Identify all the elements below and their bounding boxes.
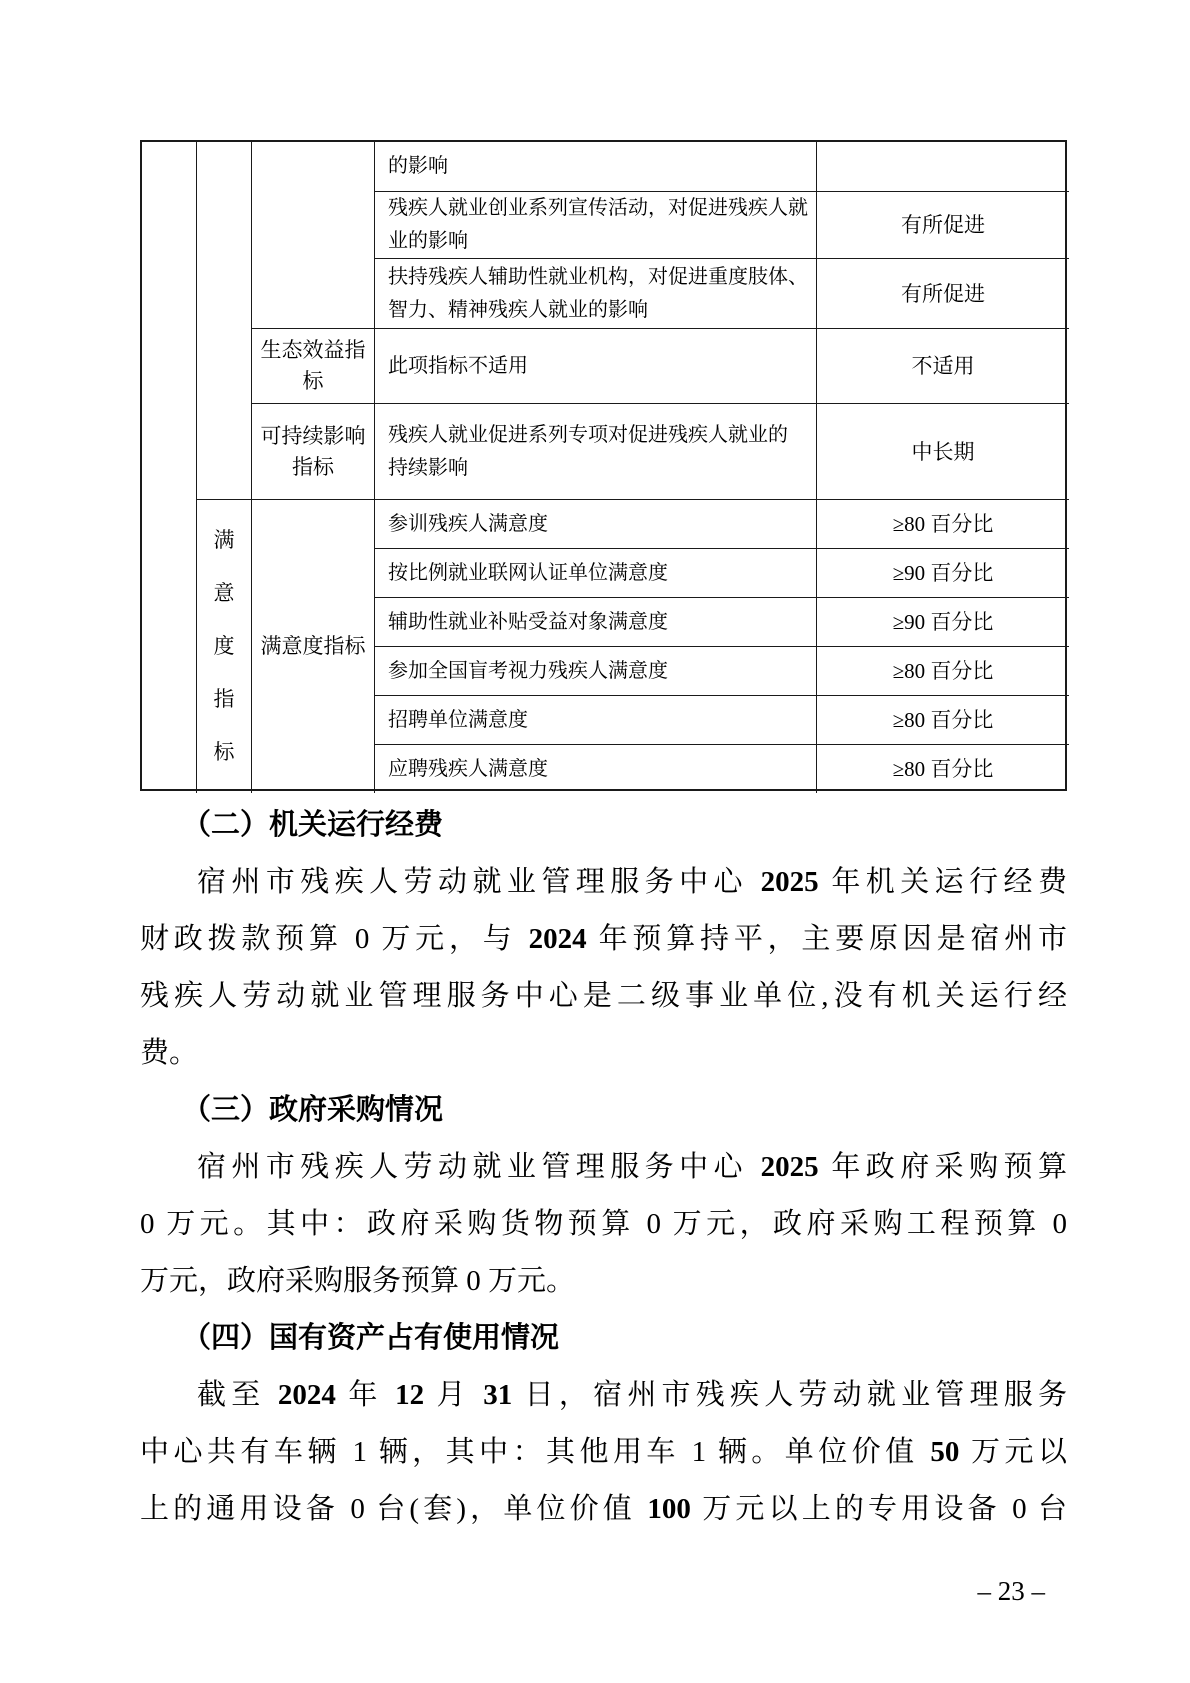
indicator-cell-3: 扶持残疾人辅助性就业机构，对促进重度肢体、 智力、精神残疾人就业的影响	[375, 259, 817, 329]
value-cell-4: 不适用	[817, 329, 1069, 404]
value-cell-2: 有所促进	[817, 192, 1069, 259]
text-line: 上的通用设备 0 台(套)，单位价值 100 万元以上的专用设备 0 台	[140, 1481, 1067, 1538]
text-line: 万元，政府采购服务预算 0 万元。	[140, 1253, 1067, 1310]
indicator-cell-8: 辅助性就业补贴受益对象满意度	[375, 598, 817, 647]
indicator-cell-2: 残疾人就业创业系列宣传活动，对促进残疾人就 业的影响	[375, 192, 817, 259]
value-cell-6: ≥80 百分比	[817, 500, 1069, 549]
text-line: 宿州市残疾人劳动就业管理服务中心 2025 年政府采购预算	[140, 1139, 1067, 1196]
indicator-cell-5: 残疾人就业促进系列专项对促进残疾人就业的 持续影响	[375, 404, 817, 500]
indicator-cell-4: 此项指标不适用	[375, 329, 817, 404]
indicator-cell-10: 招聘单位满意度	[375, 696, 817, 745]
text-line: 截至 2024 年 12 月 31 日，宿州市残疾人劳动就业管理服务	[140, 1367, 1067, 1424]
body-text: （二）机关运行经费宿州市残疾人劳动就业管理服务中心 2025 年机关运行经费财政…	[140, 797, 1067, 1538]
text-line: 残疾人劳动就业管理服务中心是二级事业单位,没有机关运行经	[140, 968, 1067, 1025]
indicator-cell-6: 参训残疾人满意度	[375, 500, 817, 549]
value-cell-7: ≥90 百分比	[817, 549, 1069, 598]
text-line: 财政拨款预算 0 万元，与 2024 年预算持平，主要原因是宿州市	[140, 911, 1067, 968]
text-line: 中心共有车辆 1 辆，其中：其他用车 1 辆。单位价值 50 万元以	[140, 1424, 1067, 1481]
value-cell-11: ≥80 百分比	[817, 745, 1069, 793]
performance-indicator-table: 满意度指标生态效益指 标可持续影响 指标满意度指标的影响残疾人就业创业系列宣传活…	[140, 140, 1067, 791]
sustainable-impact-label: 可持续影响 指标	[252, 404, 375, 500]
value-cell-9: ≥80 百分比	[817, 647, 1069, 696]
value-cell-10: ≥80 百分比	[817, 696, 1069, 745]
eco-benefit-label: 生态效益指 标	[252, 329, 375, 404]
indicator-cell-9: 参加全国盲考视力残疾人满意度	[375, 647, 817, 696]
satisfaction-label: 满意度指标	[252, 500, 375, 793]
value-cell-3: 有所促进	[817, 259, 1069, 329]
document-page: 满意度指标生态效益指 标可持续影响 指标满意度指标的影响残疾人就业创业系列宣传活…	[0, 0, 1190, 1683]
text-line: 0 万元。其中：政府采购货物预算 0 万元，政府采购工程预算 0	[140, 1196, 1067, 1253]
text-line: 费。	[140, 1025, 1067, 1082]
section-heading-2: （二）机关运行经费	[140, 797, 1067, 854]
indicator-cell-7: 按比例就业联网认证单位满意度	[375, 549, 817, 598]
level1-group-empty-cell	[142, 142, 197, 793]
value-cell-8: ≥90 百分比	[817, 598, 1069, 647]
section-heading-4: （四）国有资产占有使用情况	[140, 1310, 1067, 1367]
value-cell-1	[817, 142, 1069, 192]
social-benefit-empty-cell	[252, 142, 375, 329]
benefit-group-empty-cell	[197, 142, 252, 500]
indicator-cell-11: 应聘残疾人满意度	[375, 745, 817, 793]
section-heading-3: （三）政府采购情况	[140, 1082, 1067, 1139]
page-number: – 23 –	[978, 1566, 1046, 1616]
text-line: 宿州市残疾人劳动就业管理服务中心 2025 年机关运行经费	[140, 854, 1067, 911]
satisfaction-group-vertical-label: 满意度指标	[197, 500, 252, 793]
value-cell-5: 中长期	[817, 404, 1069, 500]
indicator-cell-1: 的影响	[375, 142, 817, 192]
